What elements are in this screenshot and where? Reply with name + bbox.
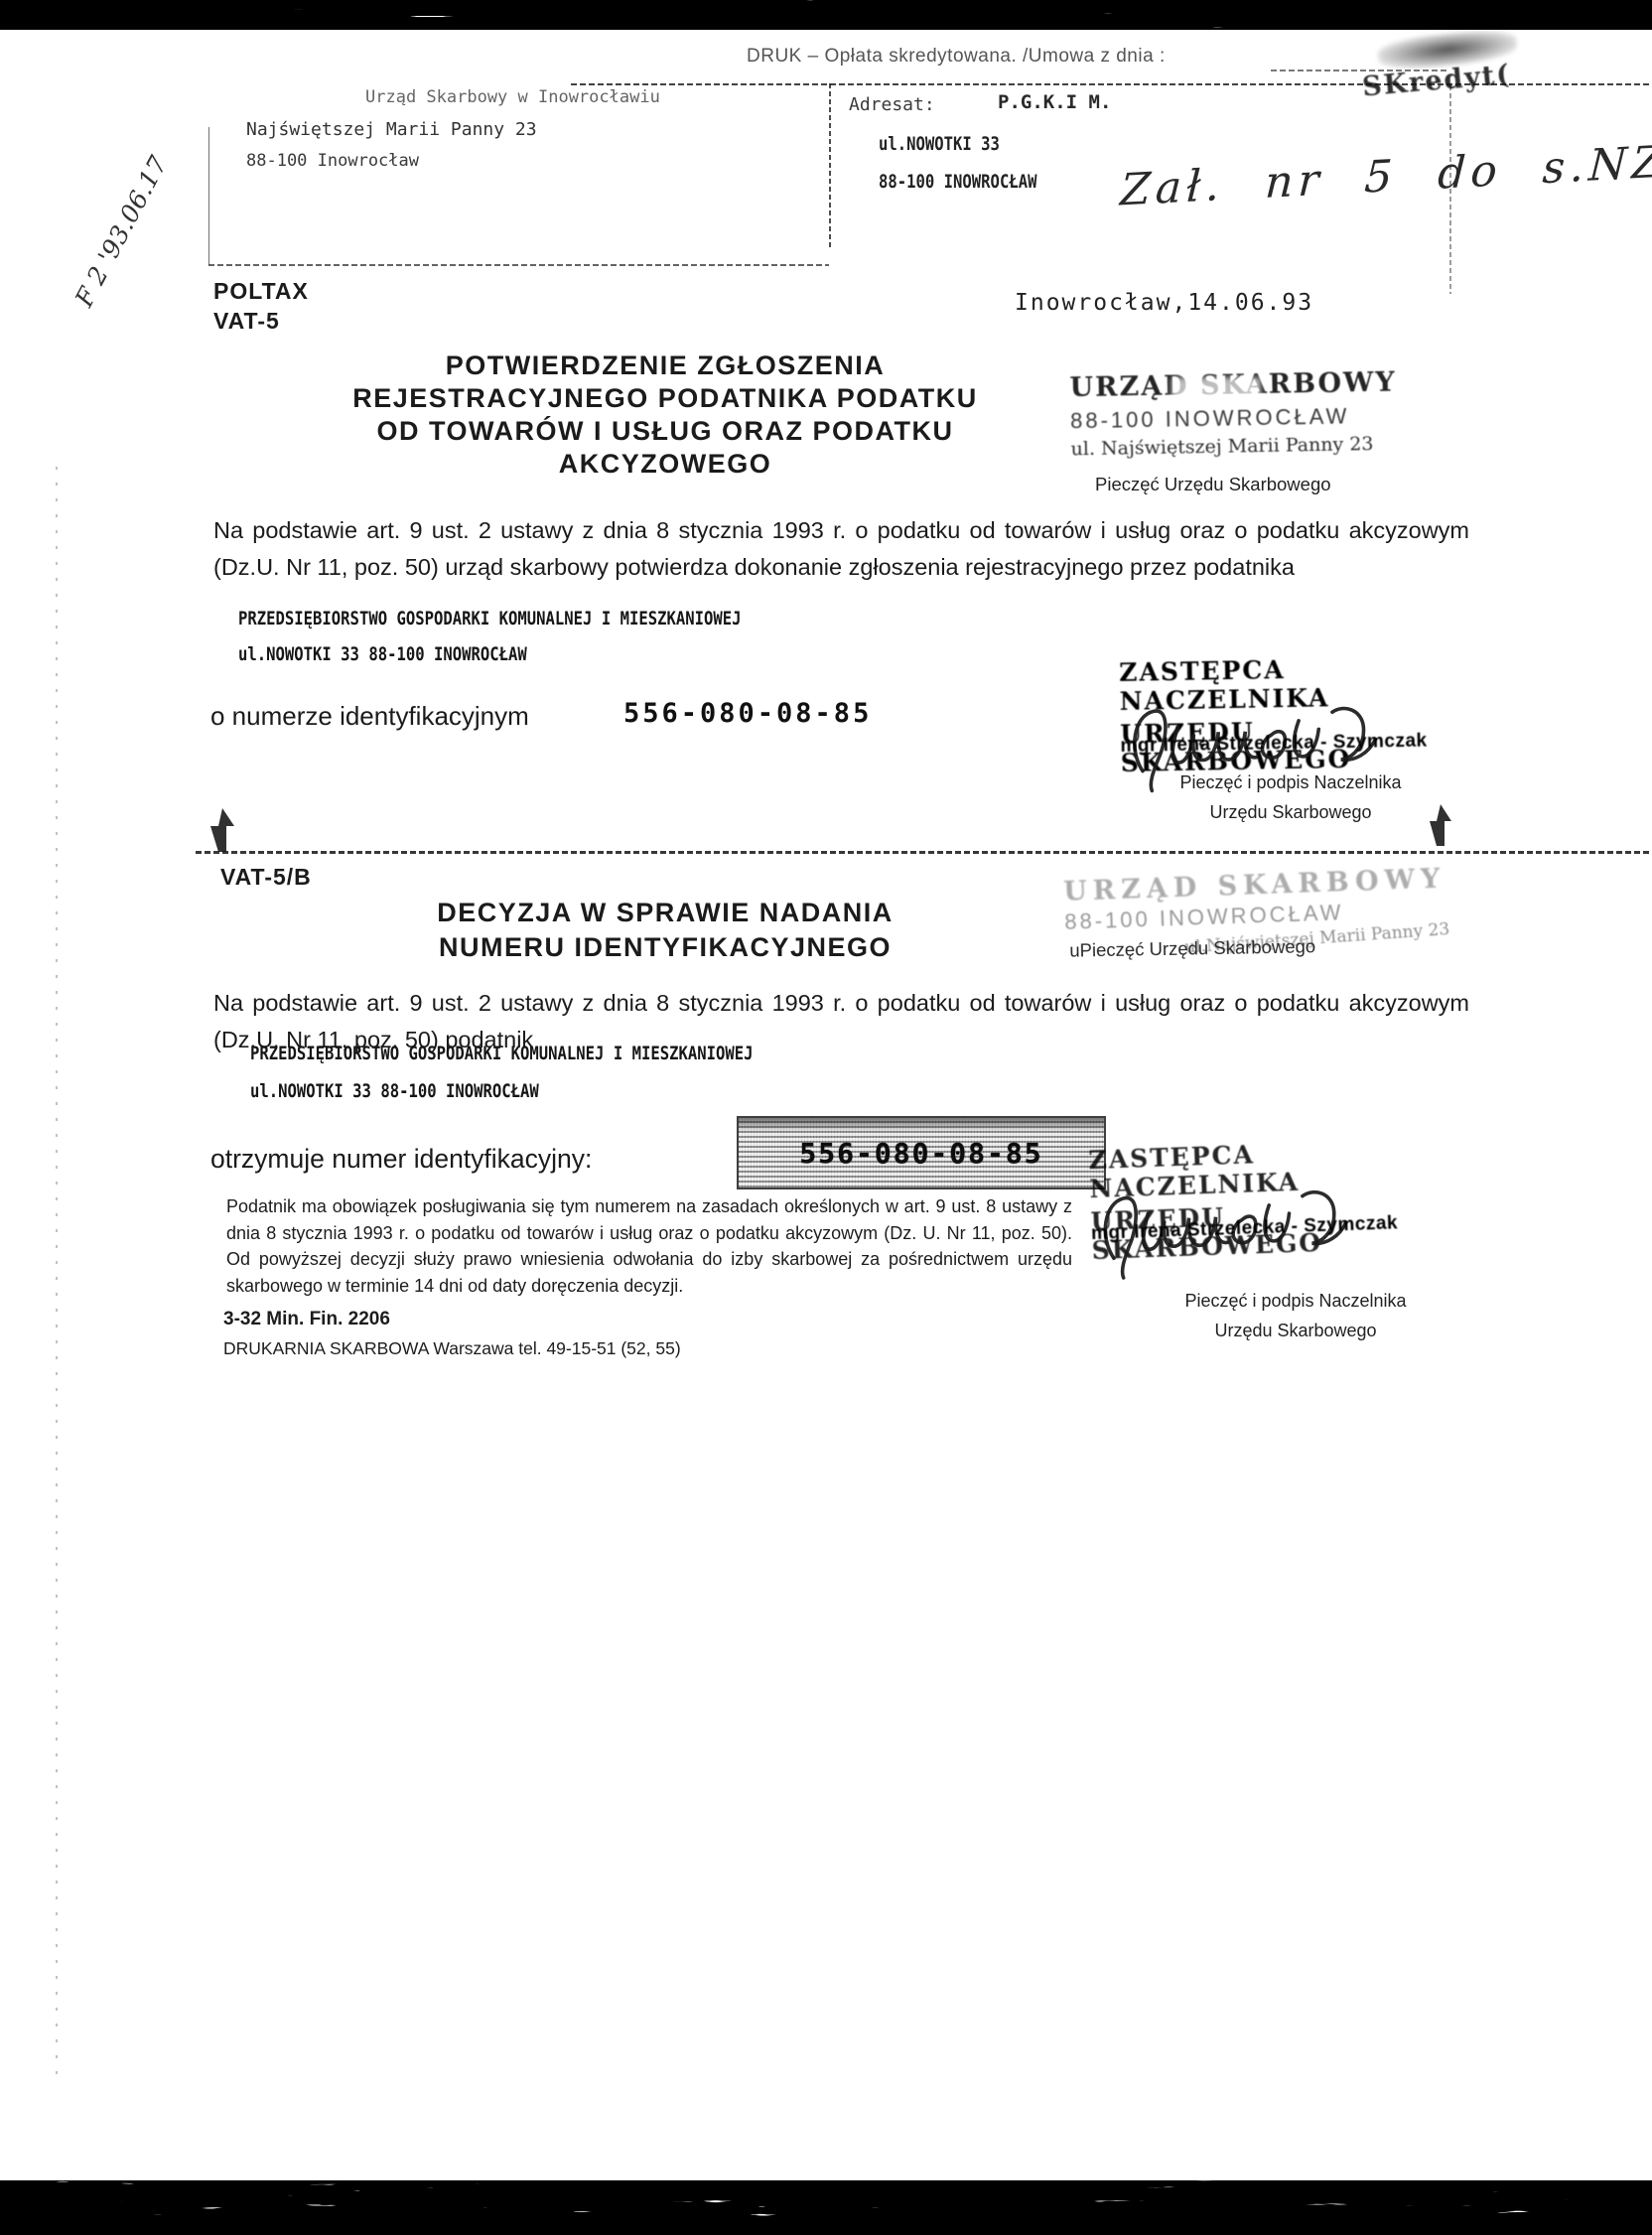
vat5-title-line: OD TOWARÓW I USŁUG ORAZ PODATKU — [228, 415, 1102, 448]
sender-office-name: Urząd Skarbowy w Inowrocławiu — [365, 87, 660, 107]
vat5-body-paragraph: Na podstawie art. 9 ust. 2 ustawy z dnia… — [213, 512, 1469, 586]
stamped-number-box: 556-080-08-85 — [737, 1116, 1106, 1189]
taxpayer-address: ul.NOWOTKI 33 88-100 INOWROCŁAW — [250, 1080, 539, 1102]
office-stamp-caption: uPieczęć Urzędu Skarbowego — [1069, 935, 1315, 961]
signature-stamp-vat5b: ZASTĘPCA NACZELNIKA URZĘDU SKARBOWEGO mg… — [1088, 1134, 1440, 1265]
taxpayer-name: PRZEDSIĘBIORSTWO GOSPODARKI KOMUNALNEJ I… — [250, 1043, 754, 1064]
form-code-vat5: VAT-5 — [213, 308, 280, 335]
vat5b-title-line: DECYZJA W SPRAWIE NADANIA — [328, 896, 1003, 930]
address-box-divider — [829, 83, 831, 250]
legal-note: Podatnik ma obowiązek posługiwania się t… — [226, 1193, 1072, 1299]
section-divider-line — [196, 851, 1652, 854]
taxpayer-address: ul.NOWOTKI 33 88-100 INOWROCŁAW — [238, 643, 527, 665]
addressee-label: Adresat: — [849, 94, 935, 115]
vat5-title-line: POTWIERDZENIE ZGŁOSZENIA — [228, 349, 1102, 382]
scan-noise-bottom-edge — [0, 2218, 1652, 2235]
addressee-name: P.G.K.I M. — [998, 91, 1111, 113]
form-code-vat5b: VAT-5/B — [220, 864, 312, 891]
signature-stamp-vat5: ZASTĘPCA NACZELNIKA URZĘDU SKARBOWEGO mg… — [1119, 652, 1458, 777]
system-code: POLTAX — [213, 278, 309, 305]
vat5-title-line: REJESTRACYJNEGO PODATNIKA PODATKU — [228, 382, 1102, 415]
sender-box-left-border — [208, 127, 209, 265]
vat5b-number-value: 556-080-08-85 — [799, 1137, 1042, 1170]
stamp-wear-patch — [1171, 377, 1261, 399]
signature-caption-1: Pieczęć i podpis Naczelnika — [1142, 772, 1440, 793]
scan-noise-bottom — [0, 2180, 1652, 2222]
office-stamp-vat5b: URZĄD SKARBOWY 88-100 INOWROCŁAW ul.Najś… — [1063, 863, 1463, 957]
vat5-number-value: 556-080-08-85 — [623, 698, 872, 729]
handwritten-annotation: Zał. nr 5 do s.NZ — [1119, 136, 1652, 215]
addressee-city: 88-100 INOWROCŁAW — [879, 171, 1036, 193]
office-stamp-street: ul. Najświętszej Marii Panny 23 — [1070, 432, 1447, 461]
vat5-title-line: AKCYZOWEGO — [228, 448, 1102, 481]
addressee-street: ul.NOWOTKI 33 — [879, 133, 1000, 155]
sender-street: Najświętszej Marii Panny 23 — [246, 119, 537, 140]
office-stamp-city: 88-100 INOWROCŁAW — [1070, 402, 1447, 435]
scanned-document-page: DRUK – Opłata skredytowana. /Umowa z dni… — [0, 0, 1652, 2235]
arrow-up-icon — [1430, 804, 1451, 846]
arrow-up-icon — [210, 808, 234, 852]
form-reference: 3-32 Min. Fin. 2206 — [223, 1309, 390, 1330]
left-margin-fold-line — [56, 467, 58, 2085]
office-stamp-caption: Pieczęć Urzędu Skarbowego — [1095, 474, 1331, 495]
signature-caption-2: Urzędu Skarbowego — [1142, 802, 1440, 823]
vat5b-number-label: otrzymuje numer identyfikacyjny: — [210, 1144, 592, 1175]
printer-reference: DRUKARNIA SKARBOWA Warszawa tel. 49-15-5… — [223, 1338, 681, 1359]
credit-print-note: DRUK – Opłata skredytowana. /Umowa z dni… — [747, 46, 1166, 68]
vat5b-title-line: NUMERU IDENTYFIKACYJNEGO — [328, 930, 1003, 965]
sender-box-bottom-border — [208, 264, 829, 266]
signature-caption-1: Pieczęć i podpis Naczelnika — [1142, 1291, 1449, 1312]
handwritten-margin-date: F 2 '93.06.17 — [69, 151, 173, 311]
signature-caption-2: Urzędu Skarbowego — [1142, 1321, 1449, 1341]
scan-noise-top — [0, 0, 1652, 30]
sender-city: 88-100 Inowrocław — [246, 151, 419, 171]
skredyt-stamp: SKredyt( — [1361, 60, 1512, 103]
place-and-date: Inowrocław,14.06.93 — [1015, 290, 1313, 316]
vat5-title: POTWIERDZENIE ZGŁOSZENIA REJESTRACYJNEGO… — [228, 349, 1102, 481]
vat5-number-label: o numerze identyfikacyjnym — [210, 701, 529, 732]
vat5b-title: DECYZJA W SPRAWIE NADANIA NUMERU IDENTYF… — [328, 896, 1003, 965]
taxpayer-name: PRZEDSIĘBIORSTWO GOSPODARKI KOMUNALNEJ I… — [238, 608, 742, 629]
